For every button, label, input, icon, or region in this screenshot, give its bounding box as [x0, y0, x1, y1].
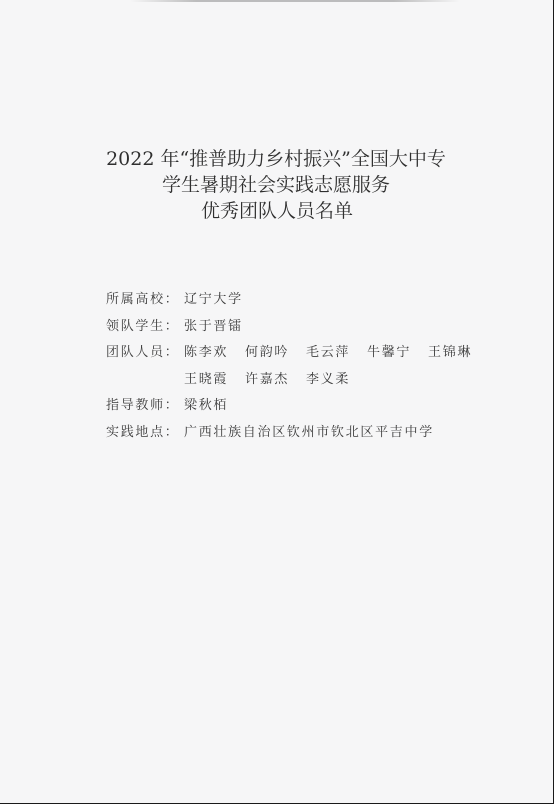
members-line-2: 王晓霞 许嘉杰 李义柔 [184, 367, 489, 394]
title-line-1: 2022 年“推普助力乡村振兴”全国大中专 [0, 146, 554, 172]
member-name: 何韵吟 [245, 340, 306, 367]
title-line-3: 优秀团队人员名单 [0, 198, 554, 224]
members-list: 陈李欢 何韵吟 毛云萍 牛馨宁 王锦琳 王晓霞 许嘉杰 李义柔 [184, 340, 489, 393]
leader-value: 张于晋镭 [184, 314, 243, 341]
school-value: 辽宁大学 [184, 287, 243, 314]
member-name: 陈李欢 [184, 340, 245, 367]
teacher-label: 指导教师： [106, 393, 184, 420]
member-name: 牛馨宁 [367, 340, 428, 367]
member-name: 王晓霞 [184, 367, 245, 394]
member-name: 毛云萍 [306, 340, 367, 367]
location-value: 广西壮族自治区钦州市钦北区平吉中学 [184, 420, 434, 447]
teacher-row: 指导教师： 梁秋栢 [106, 393, 489, 420]
members-line-1: 陈李欢 何韵吟 毛云萍 牛馨宁 王锦琳 [184, 340, 489, 367]
scan-edge-shadow [130, 0, 460, 2]
leader-row: 领队学生： 张于晋镭 [106, 314, 489, 341]
team-info: 所属高校： 辽宁大学 领队学生： 张于晋镭 团队人员： 陈李欢 何韵吟 毛云萍 … [106, 287, 489, 446]
location-row: 实践地点： 广西壮族自治区钦州市钦北区平吉中学 [106, 420, 489, 447]
members-row: 团队人员： 陈李欢 何韵吟 毛云萍 牛馨宁 王锦琳 王晓霞 许嘉杰 李义柔 [106, 340, 489, 393]
leader-label: 领队学生： [106, 314, 184, 341]
teacher-value: 梁秋栢 [184, 393, 228, 420]
school-label: 所属高校： [106, 287, 184, 314]
member-name: 李义柔 [306, 367, 367, 394]
title-line-2: 学生暑期社会实践志愿服务 [0, 172, 554, 198]
document-title: 2022 年“推普助力乡村振兴”全国大中专 学生暑期社会实践志愿服务 优秀团队人… [0, 146, 554, 224]
members-label: 团队人员： [106, 340, 184, 393]
member-name: 许嘉杰 [245, 367, 306, 394]
member-name: 王锦琳 [428, 340, 489, 367]
location-label: 实践地点： [106, 420, 184, 447]
document-page: 2022 年“推普助力乡村振兴”全国大中专 学生暑期社会实践志愿服务 优秀团队人… [0, 0, 554, 804]
school-row: 所属高校： 辽宁大学 [106, 287, 489, 314]
